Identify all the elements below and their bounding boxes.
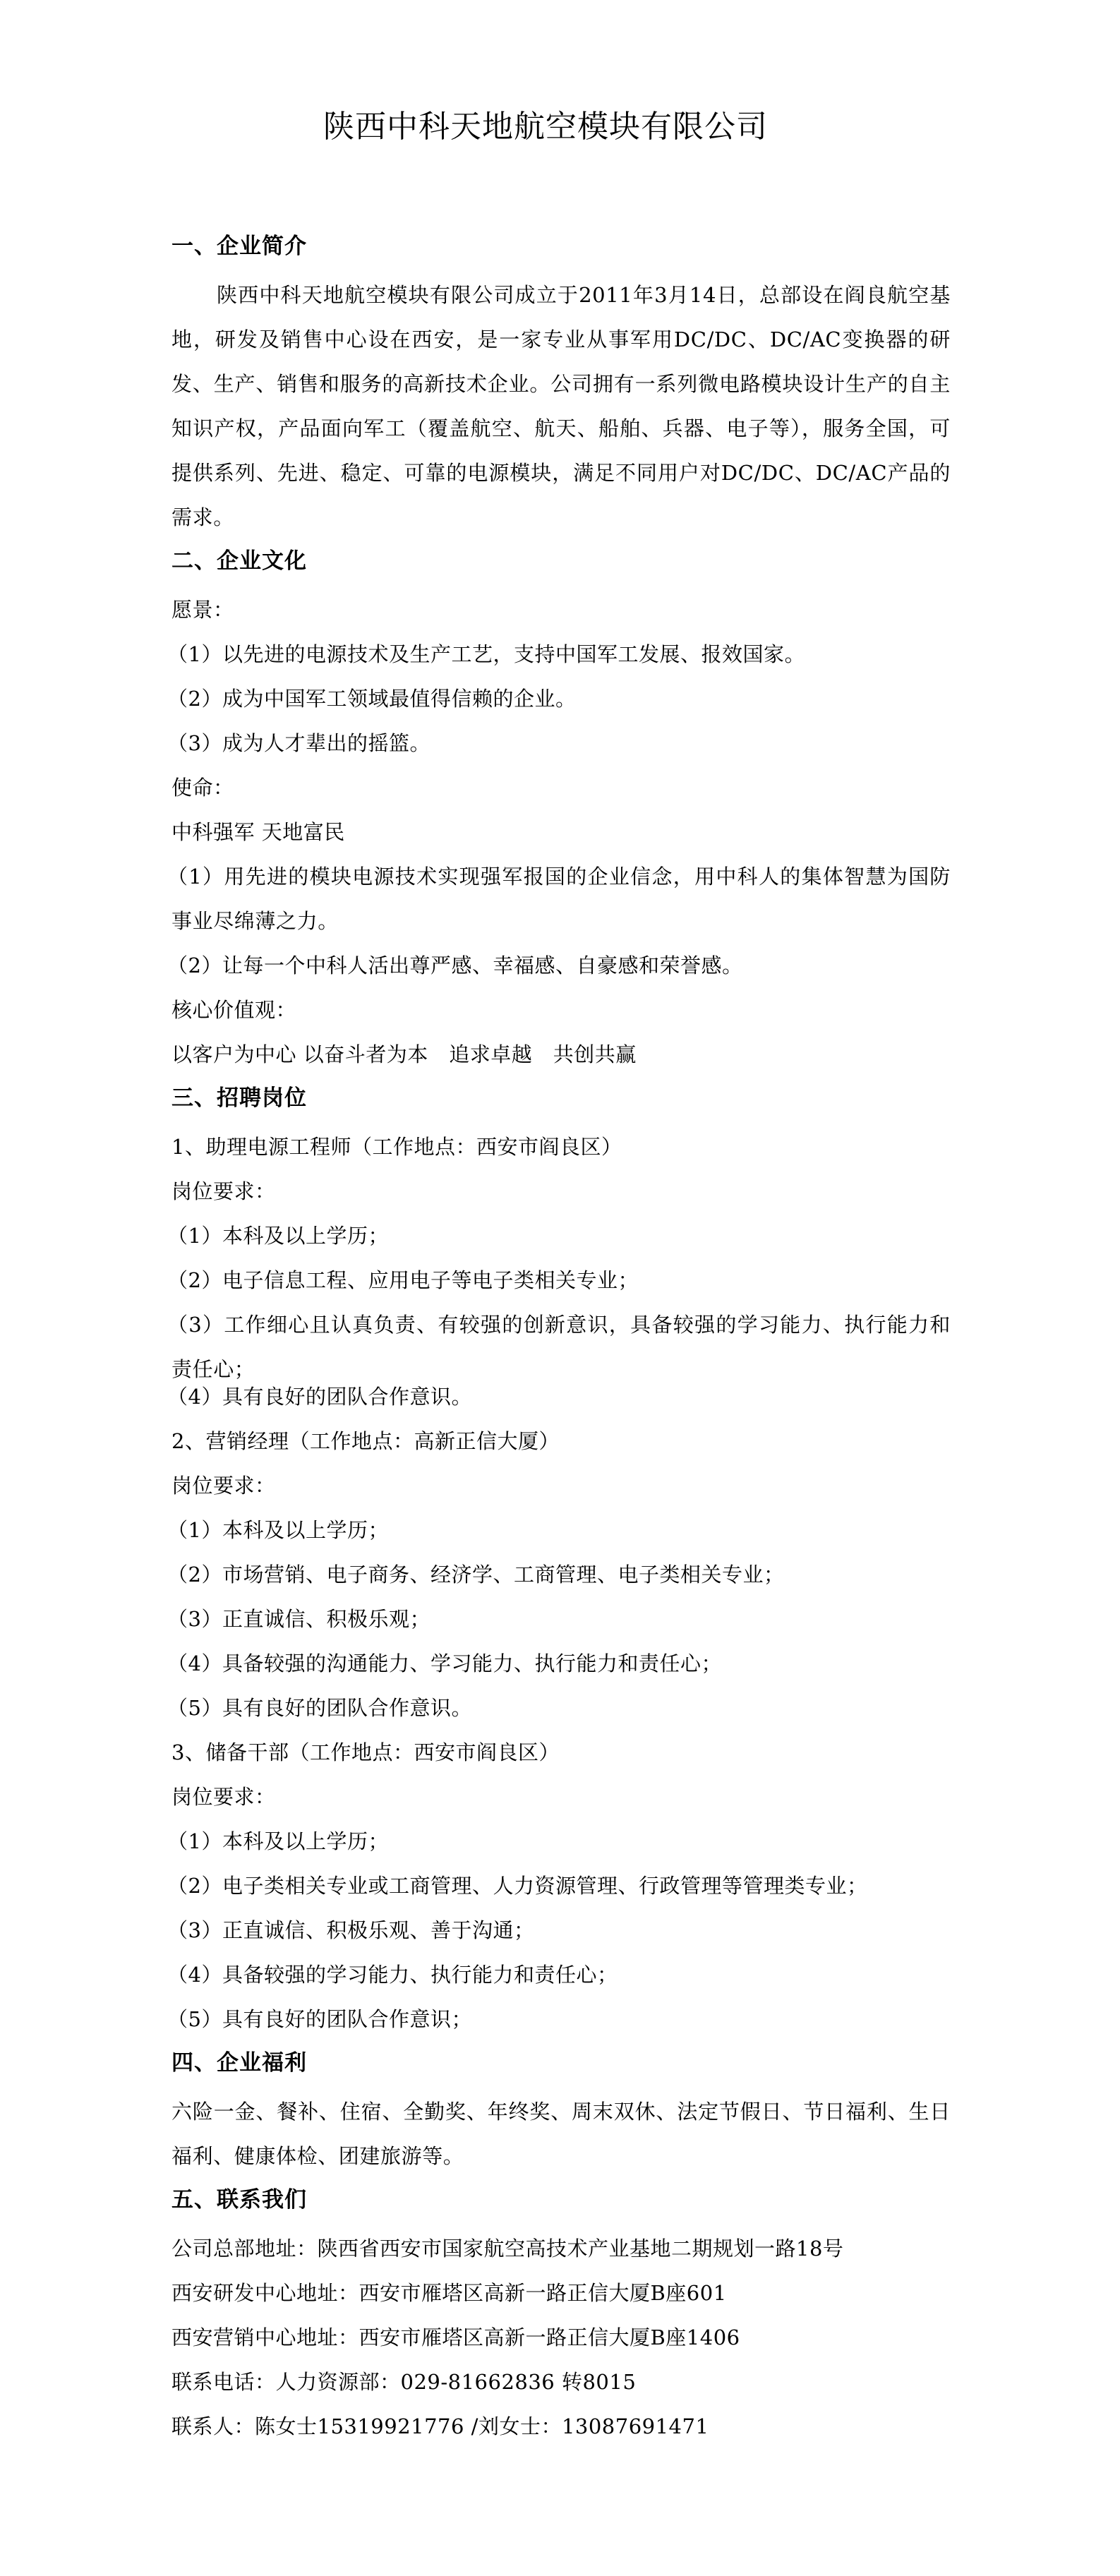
vision-item: （1）以先进的电源技术及生产工艺，支持中国军工发展、报效国家。 <box>171 632 951 677</box>
intro-paragraph: 陕西中科天地航空模块有限公司成立于2011年3月14日，总部设在阎良航空基地，研… <box>171 273 951 540</box>
section-company-culture: 二、企业文化 愿景： （1）以先进的电源技术及生产工艺，支持中国军工发展、报效国… <box>171 544 951 1077</box>
requirement-item: （4）具备较强的学习能力、执行能力和责任心； <box>171 1953 951 1997</box>
section-heading-intro: 一、企业简介 <box>171 229 951 263</box>
requirement-item: （2）电子信息工程、应用电子等电子类相关专业； <box>171 1258 951 1303</box>
job-title: 1、助理电源工程师（工作地点：西安市阎良区） <box>171 1125 951 1169</box>
vision-item: （2）成为中国军工领域最值得信赖的企业。 <box>171 677 951 721</box>
job-title: 3、储备干部（工作地点：西安市阎良区） <box>171 1731 951 1775</box>
mission-slogan: 中科强军 天地富民 <box>171 810 951 855</box>
vision-label: 愿景： <box>171 588 951 632</box>
section-benefits: 四、企业福利 六险一金、餐补、住宿、全勤奖、年终奖、周末双休、法定节假日、节日福… <box>171 2046 951 2179</box>
requirement-item: （5）具有良好的团队合作意识； <box>171 1997 951 2042</box>
requirement-item: （4）具有良好的团队合作意识。 <box>171 1375 951 1419</box>
benefits-text: 六险一金、餐补、住宿、全勤奖、年终奖、周末双休、法定节假日、节日福利、生日福利、… <box>171 2090 951 2179</box>
requirement-item: （3）正直诚信、积极乐观、善于沟通； <box>171 1908 951 1953</box>
requirements-label: 岗位要求： <box>171 1464 951 1508</box>
section-heading-contact: 五、联系我们 <box>171 2183 951 2217</box>
section-job-openings: 三、招聘岗位 1、助理电源工程师（工作地点：西安市阎良区） 岗位要求： （1）本… <box>171 1081 951 2042</box>
requirement-item: （2）市场营销、电子商务、经济学、工商管理、电子类相关专业； <box>171 1553 951 1597</box>
mission-item: （2）让每一个中科人活出尊严感、幸福感、自豪感和荣誉感。 <box>171 944 951 988</box>
section-contact: 五、联系我们 公司总部地址：陕西省西安市国家航空高技术产业基地二期规划一路18号… <box>171 2183 951 2449</box>
section-heading-culture: 二、企业文化 <box>171 544 951 578</box>
requirement-item: （1）本科及以上学历； <box>171 1214 951 1258</box>
requirements-label: 岗位要求： <box>171 1775 951 1819</box>
requirements-label: 岗位要求： <box>171 1169 951 1214</box>
requirement-item: （5）具有良好的团队合作意识。 <box>171 1686 951 1731</box>
core-values-label: 核心价值观： <box>171 988 951 1033</box>
job-position-reserve-cadre: 3、储备干部（工作地点：西安市阎良区） 岗位要求： （1）本科及以上学历； （2… <box>171 1731 951 2042</box>
section-company-intro: 一、企业简介 陕西中科天地航空模块有限公司成立于2011年3月14日，总部设在阎… <box>171 229 951 540</box>
requirement-item: （3）正直诚信、积极乐观； <box>171 1597 951 1642</box>
contact-phone: 联系电话：人力资源部：029-81662836 转8015 <box>171 2360 951 2405</box>
vision-item: （3）成为人才辈出的摇篮。 <box>171 721 951 766</box>
rd-center-address: 西安研发中心地址：西安市雁塔区高新一路正信大厦B座601 <box>171 2271 951 2316</box>
requirement-item: （2）电子类相关专业或工商管理、人力资源管理、行政管理等管理类专业； <box>171 1864 951 1908</box>
contact-persons: 联系人：陈女士15319921776 /刘女士：13087691471 <box>171 2405 951 2449</box>
sales-center-address: 西安营销中心地址：西安市雁塔区高新一路正信大厦B座1406 <box>171 2316 951 2360</box>
requirement-item: （1）本科及以上学历； <box>171 1508 951 1553</box>
mission-label: 使命： <box>171 766 951 810</box>
requirement-item: （4）具备较强的沟通能力、学习能力、执行能力和责任心； <box>171 1642 951 1686</box>
section-heading-benefits: 四、企业福利 <box>171 2046 951 2080</box>
mission-item: （1）用先进的模块电源技术实现强军报国的企业信念，用中科人的集体智慧为国防事业尽… <box>171 855 951 944</box>
core-values-text: 以客户为中心 以奋斗者为本 追求卓越 共创共赢 <box>171 1033 951 1077</box>
job-title: 2、营销经理（工作地点：高新正信大厦） <box>171 1419 951 1464</box>
section-heading-jobs: 三、招聘岗位 <box>171 1081 951 1115</box>
document-body: 一、企业简介 陕西中科天地航空模块有限公司成立于2011年3月14日，总部设在阎… <box>171 229 951 2449</box>
document-title: 陕西中科天地航空模块有限公司 <box>156 106 935 148</box>
job-position-marketing-manager: 2、营销经理（工作地点：高新正信大厦） 岗位要求： （1）本科及以上学历； （2… <box>171 1419 951 1731</box>
hq-address: 公司总部地址：陕西省西安市国家航空高技术产业基地二期规划一路18号 <box>171 2227 951 2271</box>
requirement-item: （1）本科及以上学历； <box>171 1819 951 1864</box>
job-position-assistant-power-engineer: 1、助理电源工程师（工作地点：西安市阎良区） 岗位要求： （1）本科及以上学历；… <box>171 1125 951 1419</box>
